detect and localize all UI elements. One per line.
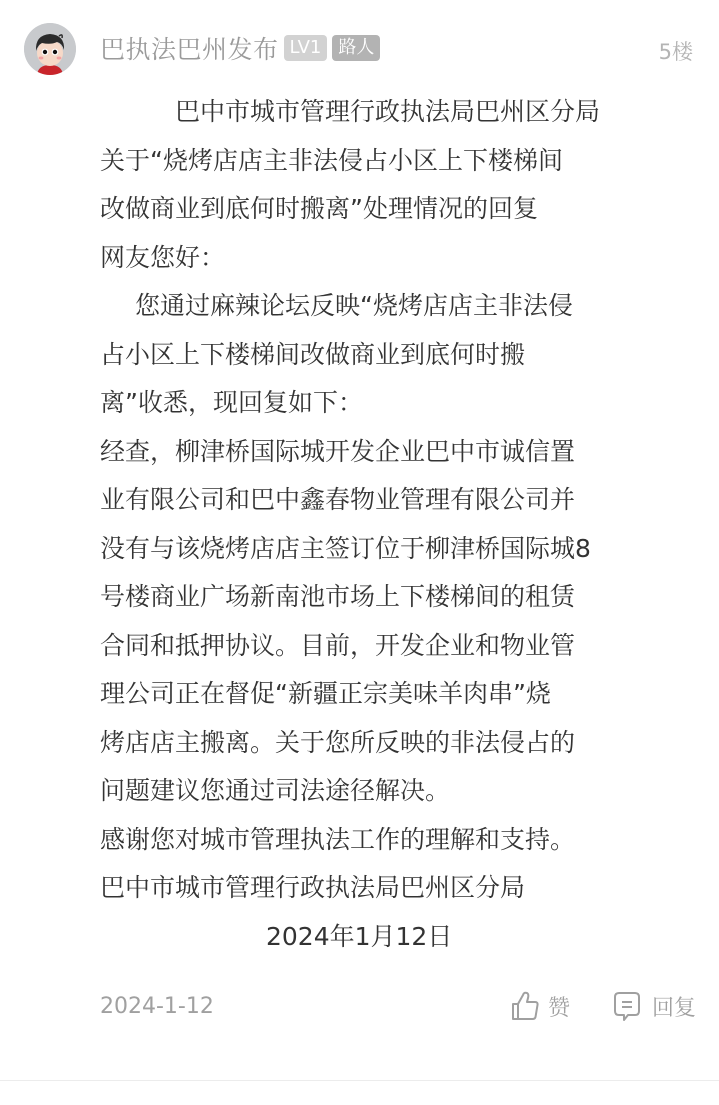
content-line: 理公司正在督促“新疆正宗美味羊肉串”烧 [100,670,680,719]
role-badge: 路人 [332,35,380,61]
thumbs-up-icon [510,990,540,1022]
content-line: 经查，柳津桥国际城开发企业巴中市诚信置 [100,428,680,477]
content-line: 业有限公司和巴中鑫春物业管理有限公司并 [100,476,680,525]
content-signature-date: 2024年1月12日 [100,913,680,962]
content-line: 没有与该烧烤店店主签订位于柳津桥国际城8 [100,525,680,574]
floor-number: 5楼 [659,36,693,66]
post-content: 巴中市城市管理行政执法局巴州区分局 关于“烧烤店店主非法侵占小区上下楼梯间 改做… [100,88,680,961]
like-button[interactable]: 赞 [510,990,570,1022]
content-line: 烤店店主搬离。关于您所反映的非法侵占的 [100,719,680,768]
content-line: 问题建议您通过司法途径解决。 [100,767,680,816]
post-header: 巴执法巴州发布 LV1 路人 [100,31,380,65]
content-line: 网友您好： [100,234,680,283]
reply-label: 回复 [652,991,696,1022]
content-line: 号楼商业广场新南池市场上下楼梯间的租赁 [100,573,680,622]
content-line: 占小区上下楼梯间改做商业到底何时搬 [100,331,680,380]
content-line: 离”收悉，现回复如下： [100,379,680,428]
reply-button[interactable]: 回复 [612,989,696,1023]
content-line: 巴中市城市管理行政执法局巴州区分局 [100,88,680,137]
author-name[interactable]: 巴执法巴州发布 [100,30,279,66]
level-badge: LV1 [284,35,328,61]
content-line: 巴中市城市管理行政执法局巴州区分局 [100,864,680,913]
content-line: 您通过麻辣论坛反映“烧烤店店主非法侵 [100,282,680,331]
content-line: 合同和抵押协议。目前，开发企业和物业管 [100,622,680,671]
post-footer: 2024-1-12 赞 回复 [100,988,696,1024]
cartoon-boy-avatar-icon [24,23,76,75]
avatar[interactable] [24,23,76,75]
post-date: 2024-1-12 [100,994,510,1019]
content-line: 感谢您对城市管理执法工作的理解和支持。 [100,816,680,865]
post-divider [0,1080,719,1081]
comment-bubble-icon [612,989,642,1023]
content-line: 改做商业到底何时搬离”处理情况的回复 [100,185,680,234]
like-label: 赞 [548,991,570,1022]
forum-reply-post: 巴执法巴州发布 LV1 路人 5楼 巴中市城市管理行政执法局巴州区分局 关于“烧… [0,0,719,1105]
content-line: 关于“烧烤店店主非法侵占小区上下楼梯间 [100,137,680,186]
